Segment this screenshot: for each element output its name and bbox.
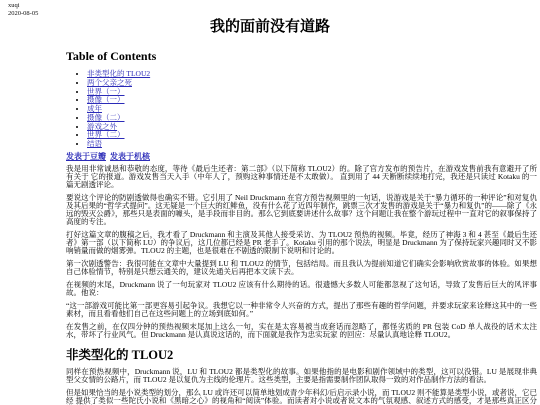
paragraph: 在发售之前，在仅四分钟的预热视频末尾加上这么一句，实在是太容易被当成套话而忽略了… — [66, 323, 537, 339]
toc-item: 世界（二） — [87, 131, 537, 140]
paragraph: 打好这篇文章的腹稿之后，我才看了 Druckmann 和主演及其他人接受采访、为… — [66, 231, 537, 255]
post-date: 2020-08-05 — [8, 10, 38, 18]
article-content: Table of Contents 非类型化的 TLOU2 两个父亲之死 世界（… — [66, 50, 537, 405]
toc-heading: Table of Contents — [66, 50, 537, 63]
page-meta: xuqi 2020-08-05 — [8, 2, 38, 18]
paragraph: 同样在预热视频中，Druckmann 说，LU 和 TLOU2 都是类型化的故事… — [66, 368, 537, 384]
page-title: 我的面前没有道路 — [0, 18, 540, 36]
toc-link-2[interactable]: 两个父亲之死 — [87, 78, 132, 87]
toc-item: 摄像（一） — [87, 96, 537, 105]
toc-item: 世界（一） — [87, 88, 537, 97]
quote-paragraph: “这一部游戏可能比第一部更容易引起争议。我想它以一种非常令人兴奋的方式，提出了那… — [66, 302, 537, 318]
link-published-gcores[interactable]: 发表于机核 — [110, 152, 150, 161]
toc-link-6[interactable]: 摄像（二） — [87, 113, 125, 122]
post-links: 发表于豆瓣发表于机核 — [66, 152, 537, 161]
toc-item: 结语 — [87, 140, 537, 149]
toc-link-5[interactable]: 成年 — [87, 104, 102, 113]
toc-link-4[interactable]: 摄像（一） — [87, 95, 125, 104]
author-name: xuqi — [8, 2, 38, 10]
section-heading: 非类型化的 TLOU2 — [66, 348, 537, 363]
toc-link-8[interactable]: 世界（二） — [87, 130, 125, 139]
paragraph: 要说这个评论的防剧透做得也确实不错。它引用了 Neil Druckmann 在官… — [66, 194, 537, 226]
toc-item: 游戏之外 — [87, 123, 537, 132]
table-of-contents: 非类型化的 TLOU2 两个父亲之死 世界（一） 摄像（一） 成年 摄像（二） … — [66, 70, 537, 149]
article-body: 我是用非常诚恳和恭敬的态度，等待《最后生还者：第二部》（以下简称 TLOU2）的… — [66, 165, 537, 405]
toc-link-1[interactable]: 非类型化的 TLOU2 — [87, 69, 150, 78]
toc-item: 摄像（二） — [87, 114, 537, 123]
paragraph: 但是如果恰当的是小说类型的划分，那么 LU 或许还可以简单地划成青少年科幻/后启… — [66, 389, 537, 405]
toc-item: 两个父亲之死 — [87, 79, 537, 88]
paragraph: 在视频的末尾，Druckmann 说了一句玩家对 TLOU2 应该有什么期待的话… — [66, 281, 537, 297]
toc-item: 非类型化的 TLOU2 — [87, 70, 537, 79]
paragraph: 第一次剧透警告：我很可能在文章中大量提到 LU 和 TLOU2 的情节，包括结局… — [66, 260, 537, 276]
link-published-douban[interactable]: 发表于豆瓣 — [66, 152, 106, 161]
toc-link-9[interactable]: 结语 — [87, 139, 102, 148]
paragraph: 我是用非常诚恳和恭敬的态度，等待《最后生还者：第二部》（以下简称 TLOU2）的… — [66, 165, 537, 189]
toc-item: 成年 — [87, 105, 537, 114]
